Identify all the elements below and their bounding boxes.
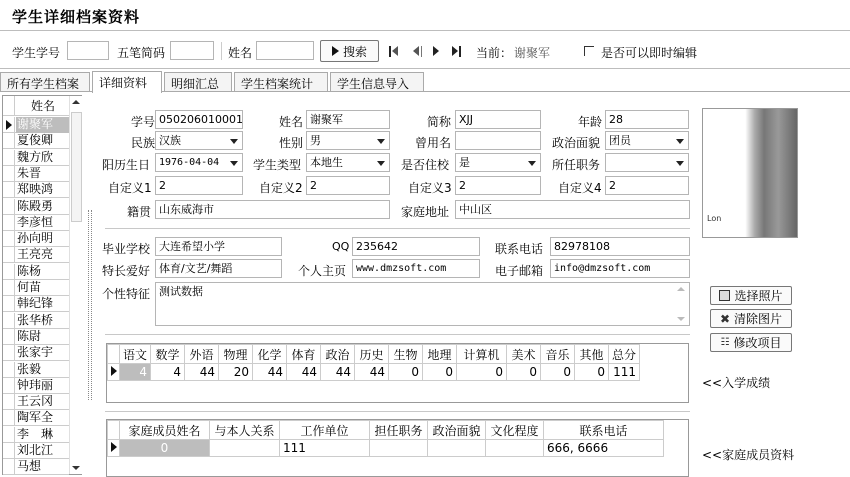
scroll-down-icon[interactable] — [72, 466, 80, 470]
table-cell[interactable]: 20 — [219, 364, 253, 381]
tab-details[interactable]: 详细资料 — [92, 71, 162, 93]
list-item[interactable]: 马想 — [3, 459, 69, 475]
list-item[interactable]: 魏方欣 — [3, 150, 69, 166]
table-cell[interactable]: 44 — [185, 364, 219, 381]
dropdown-arrow-icon — [377, 161, 385, 166]
first-arrow-icon — [392, 46, 398, 56]
birthday-label: 阳历生日 — [102, 156, 150, 173]
ethnicity-value: 汉族 — [159, 134, 181, 147]
column-header[interactable]: 文化程度 — [486, 421, 544, 440]
student-no-label: 学号 — [131, 113, 155, 130]
list-item[interactable]: 钟玮丽 — [3, 378, 69, 394]
custom4-field[interactable]: 2 — [605, 176, 689, 195]
row-indicator — [3, 296, 15, 312]
next-icon — [433, 46, 439, 56]
column-header[interactable]: 工作单位 — [280, 421, 370, 440]
row-indicator — [3, 410, 15, 426]
prev-bar-icon — [421, 46, 422, 57]
student-type-select[interactable]: 本地生 — [306, 153, 390, 172]
instant-edit-checkbox[interactable] — [584, 46, 594, 56]
name-label: 姓名 — [279, 113, 303, 130]
school-label: 毕业学校 — [102, 240, 150, 257]
edit-items-label: 修改项目 — [733, 334, 781, 351]
former-name-field[interactable] — [455, 131, 541, 150]
student-name: 张毅 — [16, 362, 69, 378]
list-item[interactable]: 朱晋 — [3, 166, 69, 182]
table-cell[interactable] — [370, 440, 428, 457]
student-name: 魏方欣 — [16, 150, 69, 166]
hobby-label: 特长爱好 — [102, 262, 150, 279]
photo-icon — [719, 290, 730, 301]
qq-field[interactable]: 235642 — [352, 237, 480, 256]
scores-body: 44442044444444000000111 — [108, 364, 640, 381]
wubi-label: 五笔简码 — [117, 44, 165, 61]
scores-grid[interactable]: 语文数学外语物理化学体育政治历史生物地理计算机美术音乐其他总分 44442044… — [106, 343, 689, 403]
student-name: 孙向明 — [16, 231, 69, 247]
ethnicity-label: 民族 — [131, 134, 155, 151]
column-header[interactable]: 计算机 — [457, 345, 507, 364]
tab-summary[interactable]: 明细汇总 — [164, 72, 232, 92]
student-name: 郑映鸿 — [16, 182, 69, 198]
political-label: 政治面貌 — [552, 134, 600, 151]
name-field[interactable]: 谢聚军 — [306, 110, 390, 129]
current-row-icon — [111, 366, 117, 376]
student-name: 陈杨 — [16, 264, 69, 280]
name-search-label: 姓名 — [228, 44, 252, 61]
student-no-search-input[interactable] — [67, 41, 109, 60]
section-divider — [105, 411, 690, 412]
current-label: 当前： — [476, 44, 512, 61]
list-item[interactable]: 张家宇 — [3, 345, 69, 361]
list-item[interactable]: 谢聚军 — [3, 117, 69, 133]
table-cell[interactable]: 111 — [280, 440, 370, 457]
current-row-icon — [6, 120, 12, 130]
dropdown-arrow-icon — [230, 139, 238, 144]
table-cell[interactable]: 44 — [321, 364, 355, 381]
column-header[interactable]: 担任职务 — [370, 421, 428, 440]
student-name: 朱晋 — [16, 166, 69, 182]
list-item[interactable]: 韩纪锋 — [3, 296, 69, 312]
table-row[interactable]: 0111666, 6666 — [108, 440, 664, 457]
prev-record-button[interactable] — [413, 45, 422, 57]
row-indicator — [3, 231, 15, 247]
family-table: 家庭成员姓名与本人关系工作单位担任职务政治面貌文化程度联系电话 0111666,… — [107, 420, 664, 457]
column-header[interactable]: 历史 — [355, 345, 389, 364]
list-item[interactable]: 王亮亮 — [3, 247, 69, 263]
boarding-value: 是 — [459, 156, 470, 169]
row-indicator — [3, 182, 15, 198]
list-edit-icon: ☷ — [721, 337, 730, 348]
clear-photo-button[interactable]: ✖ 清除图片 — [710, 309, 792, 328]
student-name: 刘北江 — [16, 443, 69, 459]
political-select[interactable]: 团员 — [605, 131, 689, 150]
table-row[interactable]: 44442044444444000000111 — [108, 364, 640, 381]
row-indicator — [3, 264, 15, 280]
abbr-label: 简称 — [427, 113, 451, 130]
column-header[interactable]: 与本人关系 — [210, 421, 280, 440]
position-label: 所任职务 — [552, 156, 600, 173]
column-header[interactable]: 联系电话 — [544, 421, 664, 440]
row-indicator — [3, 313, 15, 329]
homepage-label: 个人主页 — [298, 262, 346, 279]
table-cell[interactable]: 111 — [609, 364, 640, 381]
list-item[interactable]: 郑映鸿 — [3, 182, 69, 198]
student-name: 陶军全 — [16, 410, 69, 426]
student-type-label: 学生类型 — [253, 156, 301, 173]
column-header[interactable]: 家庭成员姓名 — [120, 421, 210, 440]
indicator-header — [108, 421, 120, 440]
family-grid[interactable]: 家庭成员姓名与本人关系工作单位担任职务政治面貌文化程度联系电话 0111666,… — [106, 419, 689, 477]
section-divider — [105, 334, 690, 335]
column-header[interactable]: 化学 — [253, 345, 287, 364]
dropdown-arrow-icon — [528, 161, 536, 166]
row-indicator — [108, 440, 120, 457]
student-name: 何苗 — [16, 280, 69, 296]
window-title: 学生详细档案资料 — [12, 6, 140, 27]
boarding-label: 是否住校 — [401, 156, 449, 173]
row-indicator — [3, 378, 15, 394]
homepage-field[interactable]: www.dmzsoft.com — [352, 259, 480, 278]
column-header[interactable]: 地理 — [423, 345, 457, 364]
table-cell[interactable]: 4 — [151, 364, 185, 381]
toolbar-separator — [221, 42, 222, 60]
student-name: 张家宇 — [16, 345, 69, 361]
student-name: 陈尉 — [16, 329, 69, 345]
select-photo-button[interactable]: 选择照片 — [710, 286, 792, 305]
column-header[interactable]: 外语 — [185, 345, 219, 364]
list-item[interactable]: 陈尉 — [3, 329, 69, 345]
home-address-field[interactable]: 中山区 — [455, 200, 690, 219]
student-name: 李彦恒 — [16, 215, 69, 231]
table-cell[interactable]: 44 — [287, 364, 321, 381]
column-header[interactable]: 政治面貌 — [428, 421, 486, 440]
list-item[interactable]: 何苗 — [3, 280, 69, 296]
edit-items-button[interactable]: ☷ 修改项目 — [710, 333, 792, 352]
tab-import[interactable]: 学生信息导入 — [330, 72, 424, 92]
row-indicator — [3, 215, 15, 231]
list-header: 姓名 — [3, 96, 69, 116]
tab-statistics[interactable]: 学生档案统计 — [234, 72, 328, 92]
list-scrollbar[interactable] — [69, 96, 82, 474]
section-divider — [105, 228, 690, 229]
column-header[interactable]: 数学 — [151, 345, 185, 364]
row-indicator — [3, 443, 15, 459]
row-indicator — [3, 150, 15, 166]
list-item[interactable]: 张华桥 — [3, 313, 69, 329]
table-cell[interactable]: 0 — [120, 440, 210, 457]
column-header[interactable]: 其他 — [575, 345, 609, 364]
dropdown-arrow-icon — [676, 139, 684, 144]
student-no-field[interactable]: 050206010001 — [155, 110, 243, 129]
table-cell[interactable]: 44 — [355, 364, 389, 381]
select-photo-label: 选择照片 — [734, 287, 782, 304]
position-select[interactable] — [605, 153, 689, 172]
divider — [0, 30, 850, 31]
column-header[interactable]: 体育 — [287, 345, 321, 364]
gender-select[interactable]: 男 — [306, 131, 390, 150]
row-indicator — [3, 280, 15, 296]
qq-label: QQ — [332, 240, 349, 253]
political-value: 团员 — [609, 134, 631, 147]
table-cell[interactable]: 666, 6666 — [544, 440, 664, 457]
dropdown-arrow-icon — [676, 161, 684, 166]
age-label: 年龄 — [578, 113, 602, 130]
family-body: 0111666, 6666 — [108, 440, 664, 457]
instant-edit-label: 是否可以即时编辑 — [601, 44, 697, 61]
abbr-field[interactable]: XJJ — [455, 110, 541, 129]
table-cell[interactable] — [486, 440, 544, 457]
memo-scroll-down-icon[interactable] — [676, 311, 686, 321]
student-name: 王云冈 — [16, 394, 69, 410]
email-field[interactable]: info@dmzsoft.com — [550, 259, 690, 278]
student-no-label: 学生学号 — [12, 44, 60, 61]
column-header[interactable]: 总分 — [609, 345, 640, 364]
ethnicity-select[interactable]: 汉族 — [155, 131, 243, 150]
personality-value: 测试数据 — [159, 285, 203, 298]
column-header[interactable]: 物理 — [219, 345, 253, 364]
list-item[interactable]: 李彦恒 — [3, 215, 69, 231]
scores-table: 语文数学外语物理化学体育政治历史生物地理计算机美术音乐其他总分 44442044… — [107, 344, 640, 381]
student-name: 钟玮丽 — [16, 378, 69, 394]
list-item[interactable]: 王云冈 — [3, 394, 69, 410]
row-indicator — [3, 362, 15, 378]
gender-label: 性别 — [279, 134, 303, 151]
student-name: 谢聚军 — [16, 117, 69, 133]
memo-scroll-up-icon[interactable] — [676, 287, 686, 297]
dropdown-arrow-icon — [230, 161, 238, 166]
divider — [0, 68, 850, 69]
list-item[interactable]: 陈杨 — [3, 264, 69, 280]
table-cell[interactable]: 4 — [120, 364, 151, 381]
birthday-value: 1976-04-04 — [159, 157, 219, 168]
search-button[interactable]: 搜索 — [320, 40, 379, 62]
table-cell[interactable]: 0 — [507, 364, 541, 381]
last-bar-icon — [459, 46, 461, 57]
next-record-button[interactable] — [433, 45, 439, 57]
first-icon — [389, 46, 391, 57]
scores-note: <<入学成绩 — [702, 374, 770, 391]
gender-value: 男 — [310, 134, 321, 147]
first-record-button[interactable] — [389, 45, 398, 57]
list-item[interactable]: 张毅 — [3, 362, 69, 378]
search-button-label: 搜索 — [343, 43, 367, 60]
student-type-value: 本地生 — [310, 156, 343, 169]
student-name: 夏俊卿 — [16, 133, 69, 149]
panel-splitter[interactable] — [88, 210, 92, 400]
native-place-label: 籍贯 — [127, 203, 151, 220]
table-cell[interactable]: 0 — [423, 364, 457, 381]
age-field[interactable]: 28 — [605, 110, 689, 129]
former-name-label: 曾用名 — [415, 134, 451, 151]
list-item[interactable]: 刘北江 — [3, 443, 69, 459]
personality-label: 个性特征 — [102, 285, 150, 302]
list-item[interactable]: 陶军全 — [3, 410, 69, 426]
last-icon — [452, 46, 458, 56]
phone-label: 联系电话 — [495, 240, 543, 257]
student-name: 张华桥 — [16, 313, 69, 329]
column-header[interactable]: 语文 — [120, 345, 151, 364]
tab-all-students[interactable]: 所有学生档案 — [0, 72, 90, 92]
row-indicator — [3, 117, 15, 133]
photo-caption: Lon — [707, 214, 721, 223]
scroll-thumb[interactable] — [71, 112, 82, 222]
row-indicator — [3, 427, 15, 443]
row-indicator — [3, 133, 15, 149]
boarding-select[interactable]: 是 — [455, 153, 541, 172]
scores-header-row: 语文数学外语物理化学体育政治历史生物地理计算机美术音乐其他总分 — [108, 345, 640, 364]
row-indicator — [3, 247, 15, 263]
header-indicator-cell — [3, 96, 15, 116]
wubi-search-input[interactable] — [170, 41, 214, 60]
scroll-up-icon[interactable] — [72, 100, 80, 104]
row-indicator — [108, 364, 120, 381]
play-icon — [332, 46, 339, 56]
list-item[interactable]: 孙向明 — [3, 231, 69, 247]
dropdown-arrow-icon — [377, 139, 385, 144]
list-item[interactable]: 夏俊卿 — [3, 133, 69, 149]
table-cell[interactable]: 0 — [389, 364, 423, 381]
last-record-button[interactable] — [452, 45, 461, 57]
custom2-field[interactable]: 2 — [306, 176, 390, 195]
native-place-field[interactable]: 山东威海市 — [155, 200, 390, 219]
family-header-row: 家庭成员姓名与本人关系工作单位担任职务政治面貌文化程度联系电话 — [108, 421, 664, 440]
personality-textarea[interactable]: 测试数据 — [155, 282, 690, 326]
column-header[interactable]: 音乐 — [541, 345, 575, 364]
table-cell[interactable]: 0 — [541, 364, 575, 381]
phone-field[interactable]: 82978108 — [550, 237, 690, 256]
table-cell[interactable]: 0 — [457, 364, 507, 381]
clear-photo-label: 清除图片 — [734, 310, 782, 327]
row-indicator — [3, 345, 15, 361]
current-row-icon — [111, 442, 117, 452]
student-photo: Lon — [702, 108, 798, 238]
custom2-label: 自定义2 — [259, 179, 303, 196]
list-item[interactable]: 李 琳 — [3, 427, 69, 443]
current-record-value: 谢聚军 — [514, 44, 550, 61]
column-header[interactable]: 政治 — [321, 345, 355, 364]
row-indicator — [3, 394, 15, 410]
table-cell[interactable]: 0 — [575, 364, 609, 381]
row-indicator — [3, 199, 15, 215]
birthday-picker[interactable]: 1976-04-04 — [155, 153, 243, 172]
student-list[interactable]: 姓名 谢聚军夏俊卿魏方欣朱晋郑映鸿陈殿勇李彦恒孙向明王亮亮陈杨何苗韩纪锋张华桥陈… — [2, 95, 82, 475]
home-address-label: 家庭地址 — [401, 203, 449, 220]
indicator-header — [108, 345, 120, 364]
prev-icon — [413, 46, 419, 56]
student-name: 李 琳 — [16, 427, 69, 443]
custom4-label: 自定义4 — [558, 179, 602, 196]
column-header[interactable]: 美术 — [507, 345, 541, 364]
column-header[interactable]: 生物 — [389, 345, 423, 364]
row-indicator — [3, 166, 15, 182]
list-item[interactable]: 陈殿勇 — [3, 199, 69, 215]
table-cell[interactable]: 44 — [253, 364, 287, 381]
student-name: 马想 — [16, 459, 69, 475]
custom1-label: 自定义1 — [108, 179, 152, 196]
table-cell[interactable] — [428, 440, 486, 457]
email-label: 电子邮箱 — [495, 262, 543, 279]
table-cell[interactable] — [210, 440, 280, 457]
family-note: <<家庭成员资料 — [702, 446, 794, 463]
custom3-field[interactable]: 2 — [455, 176, 541, 195]
row-indicator — [3, 329, 15, 345]
name-search-input[interactable] — [256, 41, 314, 60]
student-name: 陈殿勇 — [16, 199, 69, 215]
close-icon: ✖ — [720, 312, 730, 326]
student-name: 王亮亮 — [16, 247, 69, 263]
student-name: 韩纪锋 — [16, 296, 69, 312]
custom3-label: 自定义3 — [408, 179, 452, 196]
row-indicator — [3, 459, 15, 475]
custom1-field[interactable]: 2 — [155, 176, 243, 195]
school-field[interactable]: 大连希望小学 — [155, 237, 282, 256]
list-header-name[interactable]: 姓名 — [16, 96, 69, 116]
hobby-field[interactable]: 体育/文艺/舞蹈 — [155, 259, 282, 278]
